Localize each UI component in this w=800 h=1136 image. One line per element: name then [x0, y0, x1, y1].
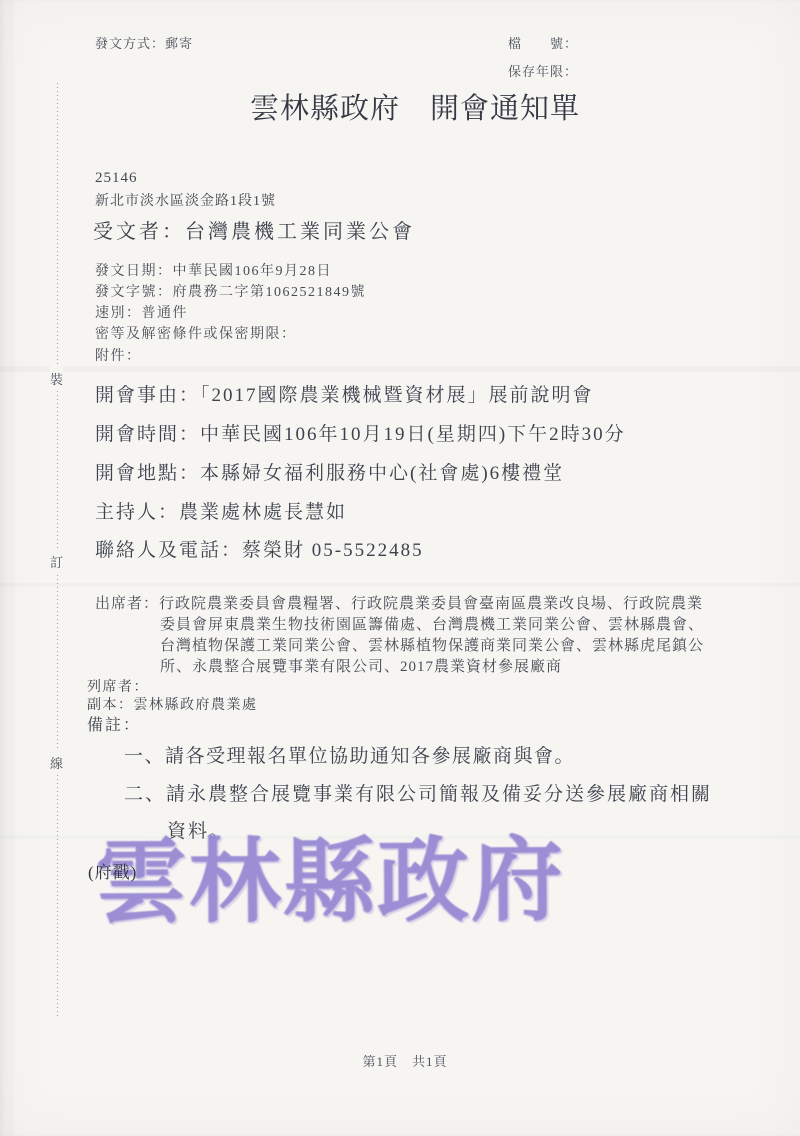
meeting-location-line: 開會地點：本縣婦女福利服務中心(社會處)6樓禮堂	[95, 458, 564, 485]
meeting-chair-line: 主持人：農業處林處長慧如	[95, 497, 347, 524]
scanned-meeting-notice: 裝 訂 線 發文方式：郵寄 檔 號： 保存年限： 雲林縣政府 開會通知單 251…	[0, 0, 800, 1136]
attendees-line-3: 台灣植物保護工業同業公會、雲林縣植物保護商業同業公會、雲林縣虎尾鎮公	[160, 634, 704, 655]
issue-date-line: 發文日期：中華民國106年9月28日	[95, 260, 332, 280]
security-class-line: 密等及解密條件或保密期限：	[95, 323, 297, 343]
remark-item-2-line-1: 二、請永農整合展覽事業有限公司簡報及備妥分送參展廠商相關	[124, 779, 712, 806]
page-number: 第1頁 共1頁	[0, 1051, 800, 1070]
government-seal-stamp: 雲林縣政府	[95, 829, 566, 937]
binding-mark-ding: 訂	[50, 549, 63, 574]
issue-number-line: 發文字號：府農務二字第1062521849號	[95, 281, 366, 301]
stamp-caption: (府戳)	[88, 858, 137, 883]
binding-mark-xian: 線	[50, 750, 63, 775]
attachment-line: 附件：	[95, 345, 142, 365]
file-number-label: 檔 號：	[508, 33, 578, 52]
document-title: 雲林縣政府 開會通知單	[0, 86, 800, 127]
meeting-time-line: 開會時間：中華民國106年10月19日(星期四)下午2時30分	[95, 419, 626, 446]
meeting-subject-line: 開會事由：「2017國際農業機械暨資材展」展前說明會	[95, 380, 594, 407]
attendees-line-2: 委員會屏東農業生物技術園區籌備處、台灣農機工業同業公會、雲林縣農會、	[160, 613, 704, 634]
scan-artifact-band	[0, 366, 800, 372]
contact-line: 聯絡人及電話：蔡榮財 05-5522485	[95, 535, 424, 562]
binding-mark-zhuang: 裝	[50, 366, 63, 391]
delivery-method: 發文方式：郵寄	[95, 33, 193, 52]
observers-label: 列席者：	[87, 676, 149, 696]
scan-edge-shadow	[0, 0, 14, 1136]
remark-item-1: 一、請各受理報名單位協助通知各參展廠商與會。	[124, 741, 575, 768]
attendees-line-1: 出席者：行政院農業委員會農糧署、行政院農業委員會臺南區農業改良場、行政院農業	[95, 592, 703, 613]
cc-line: 副本：雲林縣政府農業處	[87, 694, 258, 714]
recipient-line: 受文者：台灣農機工業同業公會	[93, 215, 415, 244]
scan-artifact-band	[0, 583, 800, 587]
speed-class-line: 速別：普通件	[95, 302, 188, 322]
recipient-address: 新北市淡水區淡金路1段1號	[95, 190, 276, 210]
postal-code: 25146	[95, 170, 138, 187]
remarks-label: 備註：	[87, 712, 141, 735]
retention-period-label: 保存年限：	[508, 61, 578, 80]
attendees-line-4: 所、永農整合展覽事業有限公司、2017農業資材參展廠商	[160, 655, 562, 676]
